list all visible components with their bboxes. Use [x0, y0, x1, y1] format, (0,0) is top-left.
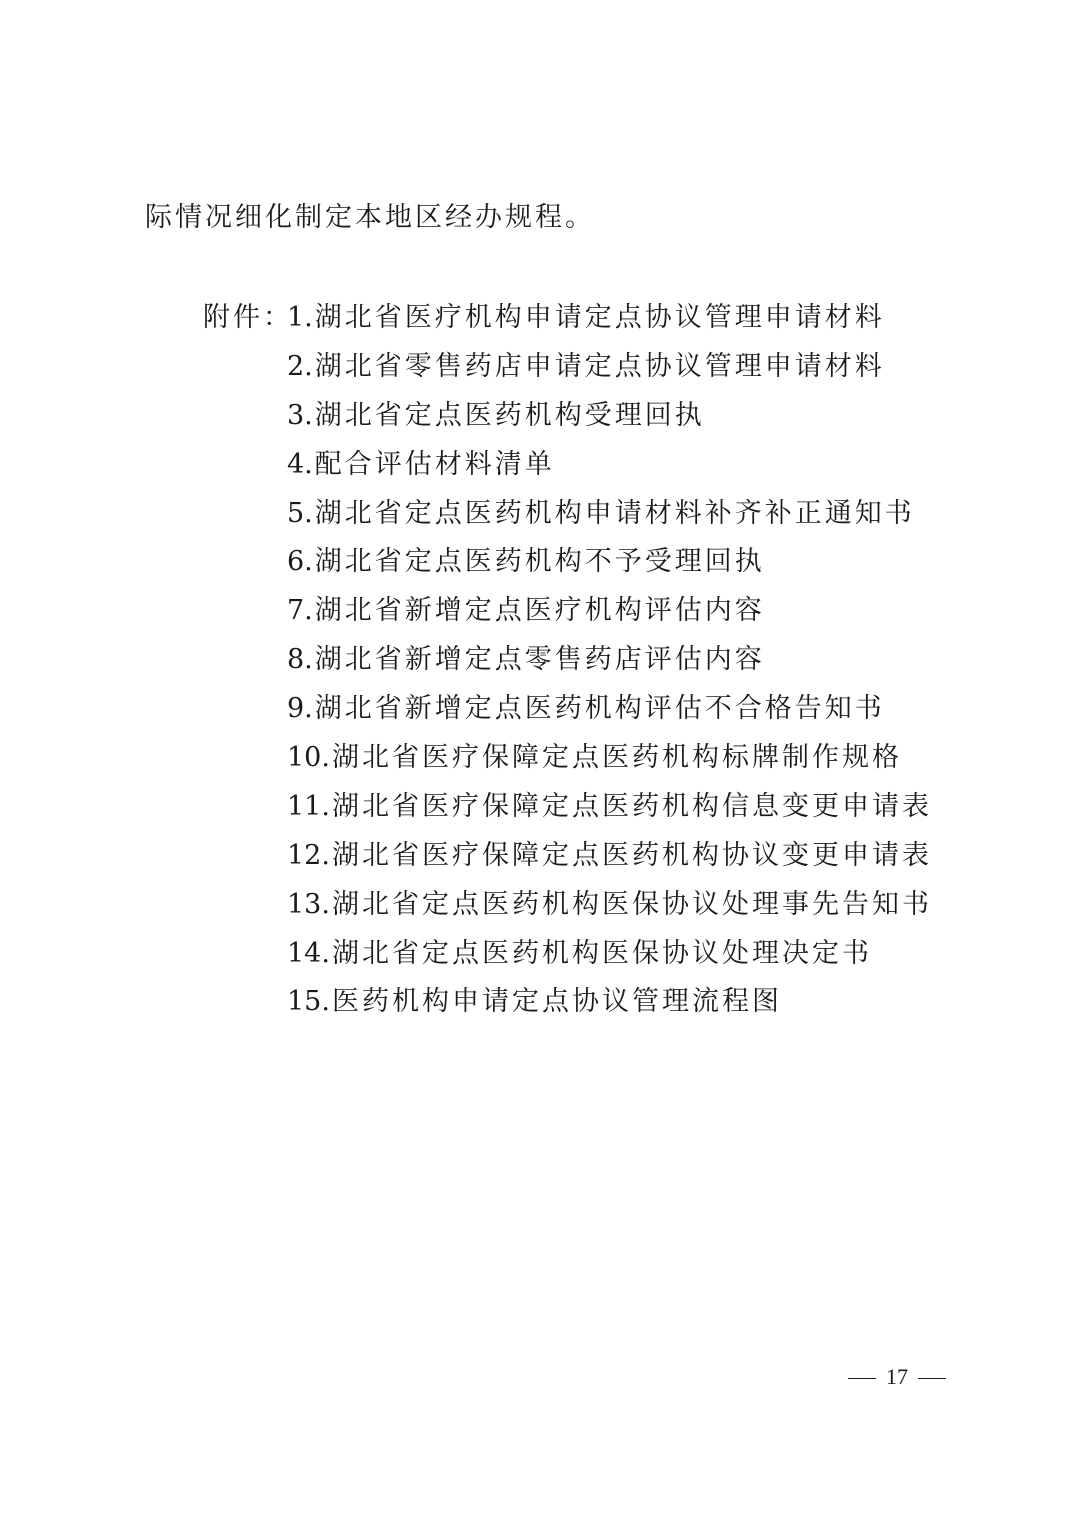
- attachment-title: 湖北省医疗保障定点医药机构标牌制作规格: [332, 742, 902, 773]
- document-page: 际情况细化制定本地区经办规程。 附件： 1.湖北省医疗机构申请定点协议管理申请材…: [0, 0, 1075, 1520]
- attachment-item: 1.湖北省医疗机构申请定点协议管理申请材料: [287, 298, 932, 347]
- attachment-item: 14.湖北省定点医药机构医保协议处理决定书: [287, 934, 932, 983]
- dash-right: [918, 1378, 946, 1379]
- attachment-number: 9.: [287, 693, 313, 724]
- dash-left: [848, 1378, 876, 1379]
- paragraph-continuation: 际情况细化制定本地区经办规程。: [145, 198, 595, 238]
- attachment-number: 11.: [287, 791, 330, 822]
- attachment-title: 湖北省新增定点医疗机构评估内容: [315, 595, 765, 626]
- attachment-number: 8.: [287, 644, 313, 675]
- attachment-number: 4.: [287, 449, 313, 480]
- attachment-item: 12.湖北省医疗保障定点医药机构协议变更申请表: [287, 836, 932, 885]
- attachment-number: 7.: [287, 595, 313, 626]
- attachments-list: 1.湖北省医疗机构申请定点协议管理申请材料 2.湖北省零售药店申请定点协议管理申…: [287, 298, 932, 1031]
- attachment-item: 10.湖北省医疗保障定点医药机构标牌制作规格: [287, 738, 932, 787]
- attachment-title: 湖北省医疗机构申请定点协议管理申请材料: [315, 302, 885, 333]
- attachment-item: 5.湖北省定点医药机构申请材料补齐补正通知书: [287, 494, 932, 543]
- attachments-label: 附件：: [203, 298, 293, 338]
- attachment-item: 11.湖北省医疗保障定点医药机构信息变更申请表: [287, 787, 932, 836]
- attachment-title: 湖北省医疗保障定点医药机构协议变更申请表: [332, 840, 932, 871]
- attachment-item: 7.湖北省新增定点医疗机构评估内容: [287, 591, 932, 640]
- attachment-item: 4.配合评估材料清单: [287, 445, 932, 494]
- attachment-item: 13.湖北省定点医药机构医保协议处理事先告知书: [287, 885, 932, 934]
- attachment-number: 15.: [287, 986, 330, 1017]
- attachment-number: 10.: [287, 742, 330, 773]
- attachment-title: 湖北省零售药店申请定点协议管理申请材料: [315, 351, 885, 382]
- attachment-item: 9.湖北省新增定点医药机构评估不合格告知书: [287, 689, 932, 738]
- attachment-title: 湖北省定点医药机构受理回执: [315, 400, 705, 431]
- page-number-footer: 17: [838, 1362, 956, 1392]
- attachment-number: 12.: [287, 840, 330, 871]
- attachment-item: 8.湖北省新增定点零售药店评估内容: [287, 640, 932, 689]
- attachment-title: 湖北省医疗保障定点医药机构信息变更申请表: [332, 791, 932, 822]
- attachment-title: 医药机构申请定点协议管理流程图: [332, 986, 782, 1017]
- attachment-title: 湖北省新增定点零售药店评估内容: [315, 644, 765, 675]
- attachment-title: 配合评估材料清单: [315, 449, 555, 480]
- attachment-item: 6.湖北省定点医药机构不予受理回执: [287, 542, 932, 591]
- attachment-title: 湖北省定点医药机构医保协议处理决定书: [332, 938, 872, 969]
- page-number: 17: [886, 1364, 908, 1389]
- attachment-number: 14.: [287, 938, 330, 969]
- attachment-number: 5.: [287, 498, 313, 529]
- attachment-number: 2.: [287, 351, 313, 382]
- attachment-item: 3.湖北省定点医药机构受理回执: [287, 396, 932, 445]
- attachment-item: 2.湖北省零售药店申请定点协议管理申请材料: [287, 347, 932, 396]
- attachment-number: 6.: [287, 546, 313, 577]
- attachment-item: 15.医药机构申请定点协议管理流程图: [287, 982, 932, 1031]
- attachment-number: 1.: [287, 302, 313, 333]
- attachment-number: 3.: [287, 400, 313, 431]
- attachment-title: 湖北省定点医药机构不予受理回执: [315, 546, 765, 577]
- attachment-title: 湖北省新增定点医药机构评估不合格告知书: [315, 693, 885, 724]
- attachment-title: 湖北省定点医药机构申请材料补齐补正通知书: [315, 498, 915, 529]
- attachment-number: 13.: [287, 889, 330, 920]
- attachment-title: 湖北省定点医药机构医保协议处理事先告知书: [332, 889, 932, 920]
